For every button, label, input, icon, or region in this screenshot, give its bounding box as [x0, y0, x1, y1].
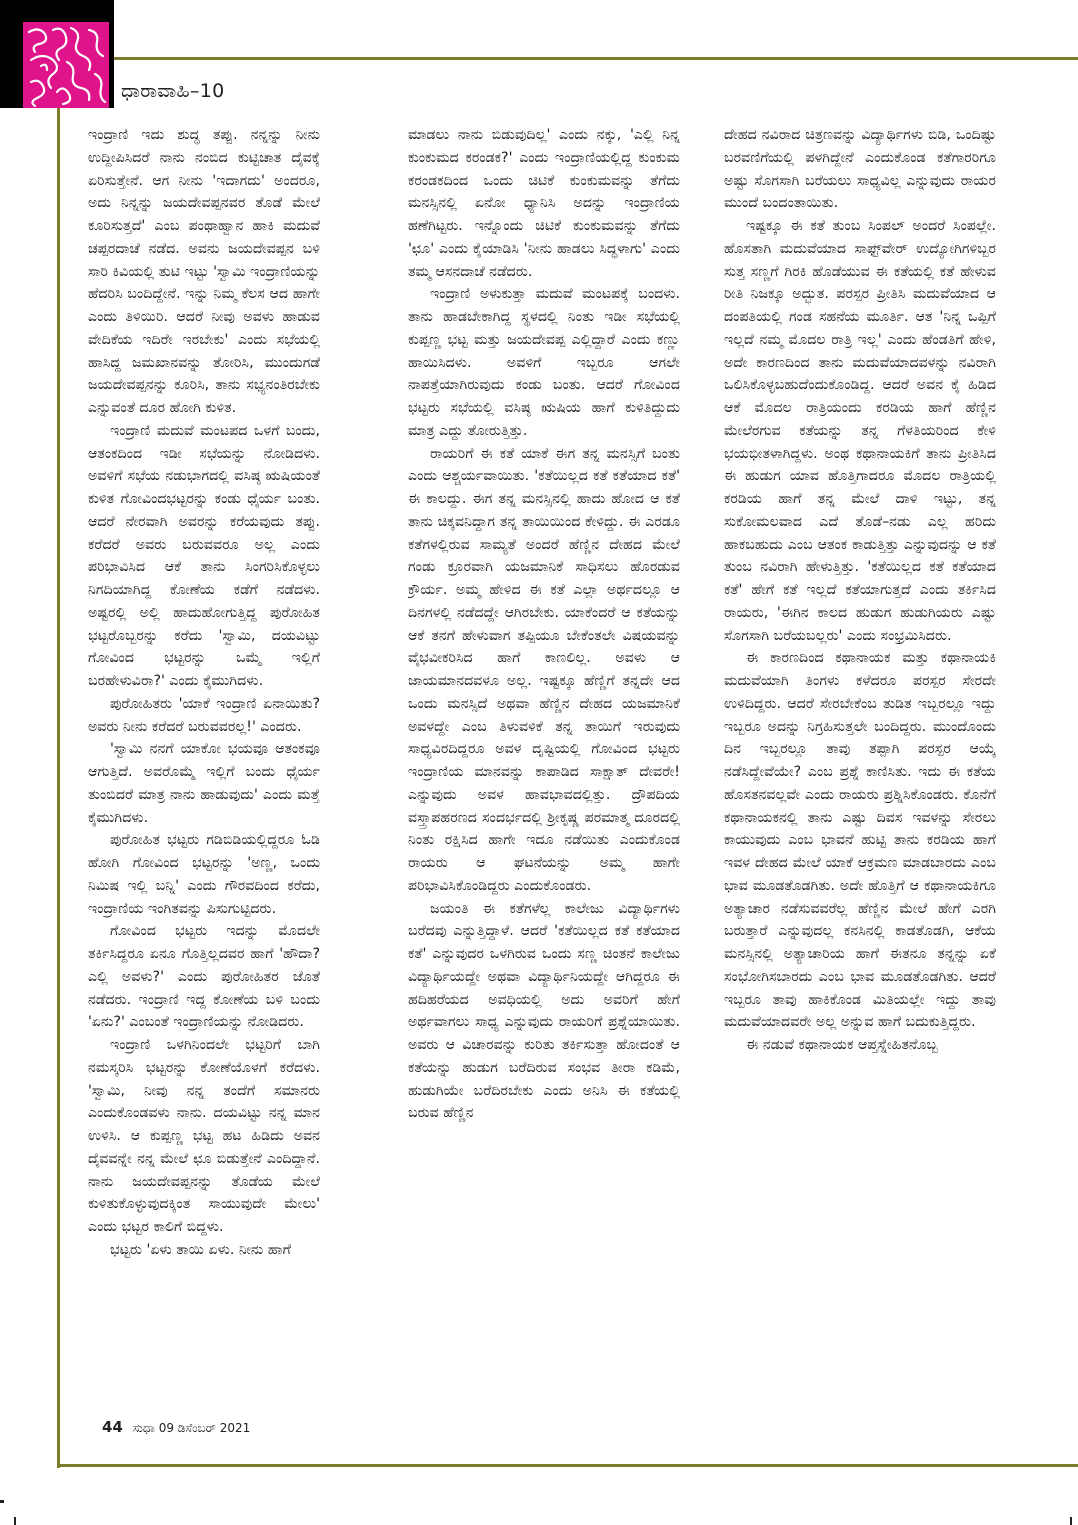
article-column-1: ಇಂದ್ರಾಣಿ ಇದು ಶುದ್ಧ ತಪ್ಪು. ನನ್ನನ್ನು ನೀನು … — [88, 124, 320, 1409]
paragraph: ಪುರೋಹಿತ ಭಟ್ಟರು ಗಡಿಬಿಡಿಯಲ್ಲಿದ್ದರೂ ಓಡಿ ಹೋಗ… — [88, 829, 320, 920]
paragraph: ಮಾಡಲು ನಾನು ಬಿಡುವುದಿಲ್ಲ' ಎಂದು ನಕ್ಕು, 'ಎಲ್… — [408, 124, 680, 283]
publication-name: ಸುಧಾ — [133, 1421, 155, 1435]
crop-mark — [14, 1517, 16, 1525]
frame-top-rule — [114, 57, 1078, 60]
paragraph: ಇಂದ್ರಾಣಿ ಒಳಗಿನಿಂದಲೇ ಭಟ್ಟರಿಗೆ ಬಾಗಿ ನಮಸ್ಕರ… — [88, 1034, 320, 1239]
frame-bottom-rule — [57, 1464, 1078, 1467]
paragraph: ಪುರೋಹಿತರು 'ಯಾಕೆ ಇಂದ್ರಾಣಿ ಏನಾಯಿತು? ಅವರು ನ… — [88, 693, 320, 739]
paragraph: ಇಂದ್ರಾಣಿ ಅಳುಕುತ್ತಾ ಮದುವೆ ಮಂಟಪಕ್ಕೆ ಬಂದಳು.… — [408, 283, 680, 442]
article-column-2: ಮಾಡಲು ನಾನು ಬಿಡುವುದಿಲ್ಲ' ಎಂದು ನಕ್ಕು, 'ಎಲ್… — [408, 124, 680, 1409]
article-column-3: ದೇಹದ ನವಿರಾದ ಚಿತ್ರಣವನ್ನು ವಿದ್ಯಾರ್ಥಿಗಳು ಬಿ… — [724, 124, 996, 1409]
paragraph: ಗೋವಿಂದ ಭಟ್ಟರು ಇದನ್ನು ಮೊದಲೇ ತರ್ಕಿಸಿದ್ದರೂ … — [88, 920, 320, 1034]
paragraph: ಈ ಕಾರಣದಿಂದ ಕಥಾನಾಯಕ ಮತ್ತು ಕಥಾನಾಯಕಿ ಮದುವೆಯ… — [724, 647, 996, 1034]
paragraph: ಇಷ್ಟಕ್ಕೂ ಈ ಕತೆ ತುಂಬ ಸಿಂಪಲ್ ಅಂದರೆ ಸಿಂಪಲ್ಲ… — [724, 215, 996, 647]
section-title: ಧಾರಾವಾಹಿ–10 — [121, 80, 224, 102]
article-body: ಇಂದ್ರಾಣಿ ಇದು ಶುದ್ಧ ತಪ್ಪು. ನನ್ನನ್ನು ನೀನು … — [88, 124, 1078, 1409]
crop-mark — [1070, 1517, 1072, 1525]
frame-left-rule — [57, 108, 60, 1468]
crop-mark — [0, 1500, 4, 1503]
paragraph: ಜಯಂತಿ ಈ ಕತೆಗಳೆಲ್ಲ ಕಾಲೇಜು ವಿದ್ಯಾರ್ಥಿಗಳು ಬ… — [408, 898, 680, 1126]
paragraph: 'ಸ್ವಾಮಿ ನನಗೆ ಯಾಕೋ ಭಯವೂ ಆತಂಕವೂ ಆಗುತ್ತಿದೆ.… — [88, 738, 320, 829]
paragraph: ಇಂದ್ರಾಣಿ ಮದುವೆ ಮಂಟಪದ ಒಳಗೆ ಬಂದು, ಆತಂಕದಿಂದ… — [88, 420, 320, 693]
paragraph: ಈ ನಡುವೆ ಕಥಾನಾಯಕ ಆಪ್ತಸ್ನೇಹಿತನೊಬ್ಬ — [724, 1034, 996, 1057]
paragraph: ರಾಯರಿಗೆ ಈ ಕತೆ ಯಾಕೆ ಈಗ ತನ್ನ ಮನಸ್ಸಿಗೆ ಬಂತು… — [408, 443, 680, 898]
page-number: 44 — [102, 1418, 123, 1436]
issue-date: 09 ಡಿಸೆಂಬರ್ 2021 — [159, 1421, 251, 1435]
page-footer: 44 ಸುಧಾ 09 ಡಿಸೆಂಬರ್ 2021 — [102, 1418, 250, 1436]
paragraph: ಭಟ್ಟರು 'ಏಳು ತಾಯಿ ಏಳು. ನೀನು ಹಾಗೆ — [88, 1239, 320, 1262]
paragraph: ಇಂದ್ರಾಣಿ ಇದು ಶುದ್ಧ ತಪ್ಪು. ನನ್ನನ್ನು ನೀನು … — [88, 124, 320, 420]
paragraph: ದೇಹದ ನವಿರಾದ ಚಿತ್ರಣವನ್ನು ವಿದ್ಯಾರ್ಥಿಗಳು ಬಿ… — [724, 124, 996, 215]
pink-squiggle-pattern-icon — [23, 22, 109, 108]
